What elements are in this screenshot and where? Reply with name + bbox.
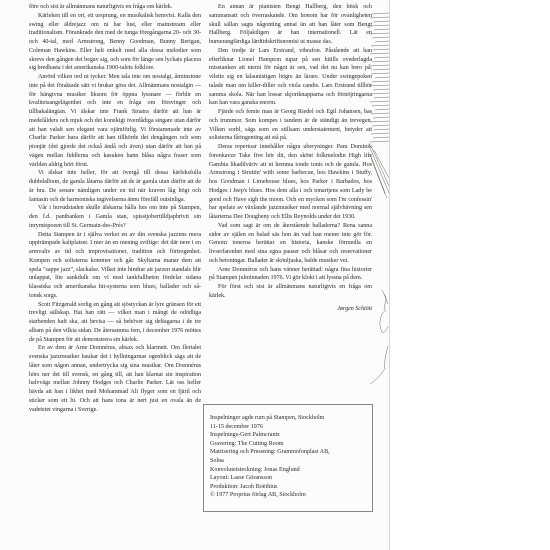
right-text-column: En annan är pianisten Bengt Hallberg, de…	[209, 3, 372, 313]
paragraph: Den tredje är Lars Erstrand, vibrafon. P…	[209, 47, 372, 108]
paragraph: Scott Fitzgerald sorlig en gång att sjös…	[29, 301, 201, 345]
paragraph: Vår i huvudstaden skulle älskarna hålla …	[29, 204, 201, 230]
pen-sketch-illustration	[370, 8, 389, 388]
paragraph: En av dem är Arne Domnérus, altsax och k…	[29, 344, 201, 414]
credit-line: 11-15 december 1976	[210, 423, 372, 432]
credits-box: Inspelninger agde rum på Stampen, Stockh…	[203, 404, 373, 512]
paragraph: En annan är pianisten Bengt Hallberg, de…	[209, 3, 372, 47]
paragraph: före och sist är allmänmans naturligtvis…	[29, 3, 201, 12]
credit-line: © 1977 Proprius förlag AB, Stockholm	[210, 491, 372, 500]
credit-line: Produktion: Jacob Boëthius	[210, 483, 372, 492]
credit-line: Inspelninger agde rum på Stampen, Stockh…	[210, 414, 372, 423]
author-signature: Jørgen Schiött	[209, 305, 372, 314]
paragraph: Fjärde och femte man är Georg Riedel och…	[209, 108, 372, 143]
credit-line: Solna	[210, 457, 372, 466]
paragraph: Arne Domnérus och hans vänner berättad: …	[209, 266, 372, 284]
paragraph: Kärleken till en ort, ett ursprung, en m…	[29, 12, 201, 73]
credit-line: Gravering: The Cutting Room	[210, 440, 372, 449]
paragraph: Anrörd vilken ord ni tycker. Men tala in…	[29, 73, 201, 169]
paragraph: Detta Stampen är i själva verket en av d…	[29, 231, 201, 301]
left-text-column: före och sist är allmänmans naturligtvis…	[29, 3, 201, 414]
credit-line: Inspelnings-Gert Palmcrantz	[210, 431, 372, 440]
credit-line: Layout: Lasse Göransson	[210, 474, 372, 483]
paragraph: Vad som sagt är om de återstående ballad…	[209, 222, 372, 266]
credit-line: Matrisering och Pressning: Grammofonplas…	[210, 448, 372, 457]
scanned-page: före och sist är allmänmans naturligtvis…	[0, 0, 390, 550]
paragraph: Deras repertoar innehåller några uberyni…	[209, 143, 372, 222]
credit-line: Konvolutetsteckning: Jonas Englund	[210, 466, 372, 475]
paragraph: För först och sist är allmänmans naturli…	[209, 283, 372, 301]
paragraph: Vi älskar inte heller, för att övergå ti…	[29, 169, 201, 204]
